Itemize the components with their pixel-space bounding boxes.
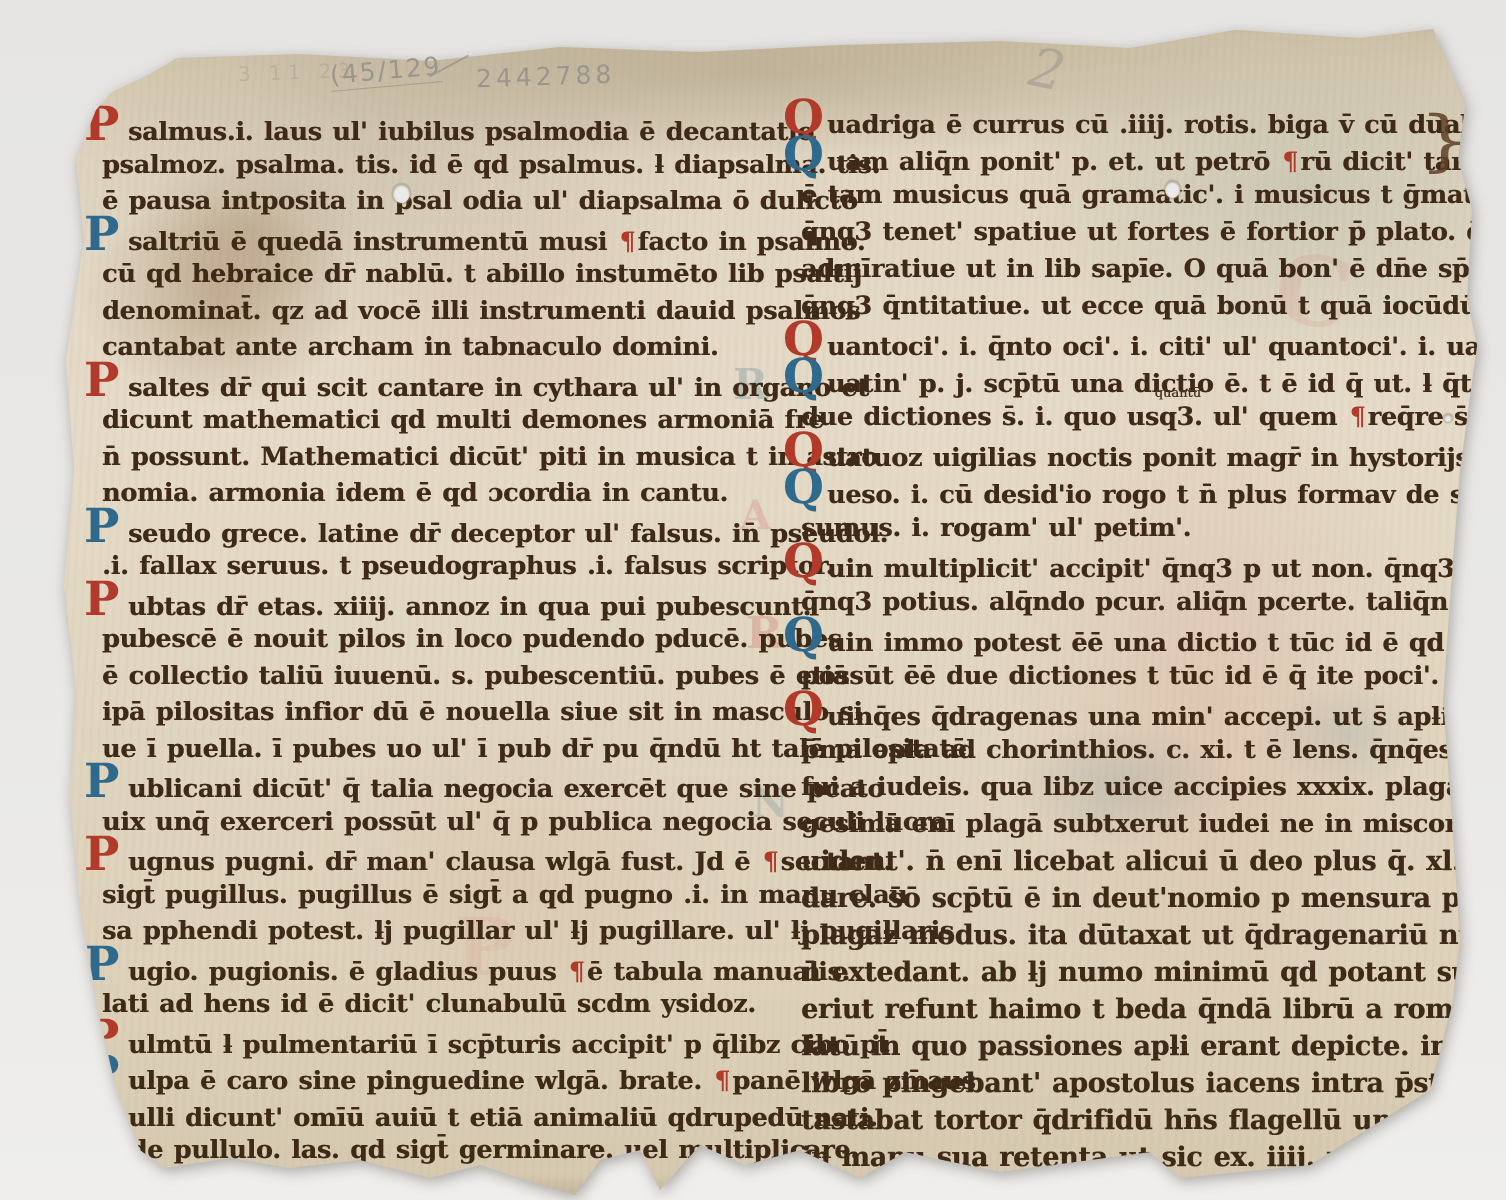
text-line: p̄ma epƚa ad chorinthios. c. xi. t ē len… — [801, 732, 1481, 769]
line-text: ugio. pugionis. ē gladius puus — [128, 957, 567, 987]
text-line: Psalmus.i. laus ul' iubilus psalmodia ē … — [102, 110, 767, 147]
text-line: Publicani dicūt' q̄ talia negocia exercē… — [102, 767, 767, 804]
line-text: ē tam musicus quā gramatic'. i musicus t… — [801, 180, 1506, 210]
line-text: admīratiue ut in lib sapīe. O quā bon' ē… — [801, 254, 1506, 284]
text-line: uident'. n̄ enī licebat alicui ū deo plu… — [801, 843, 1481, 880]
line-text: uinq̄es q̄dragenas una min' accepi. ut s… — [827, 702, 1497, 732]
illuminated-initial: Q — [783, 140, 827, 170]
line-text: uin multiplicit' accipit' q̄nq3 p ut non… — [827, 554, 1506, 584]
line-text: denominat̄. qz ad vocē illi instrumenti … — [102, 296, 860, 326]
text-line: sa pphendi potest. ƚj pugillar ul' ƚj pu… — [102, 913, 767, 950]
line-text: ublicani dicūt' q̄ talia negocia exercēt… — [128, 774, 884, 804]
line-text: saltriū ē quedā instrumentū musi — [128, 227, 618, 257]
text-line: ipā pilositas infior dū ē nouella siue s… — [102, 694, 767, 731]
text-line: sigt̄ pugillus. pugillus ē sigt̄ a qd pu… — [102, 877, 767, 914]
text-line: possūt ēē due dictiones t tūc id ē q̄ it… — [801, 658, 1481, 695]
text-line: Pubtas dr̄ etas. xiiij. annoz in qua pui… — [102, 585, 767, 622]
line-text: sumus. i. rogam' ul' petim'. — [801, 513, 1191, 543]
text-line: gesimā enī plagā subtxerut iudei ne in m… — [801, 806, 1481, 843]
line-text: eriut refunt haimo t beda q̄ndā librū a … — [801, 994, 1506, 1025]
illuminated-initial: P — [84, 512, 128, 542]
line-text: possūt ēē due dictiones t tūc id ē q̄ it… — [801, 661, 1506, 691]
text-line: cantabat ante archam in tabnaculo domini… — [102, 329, 767, 366]
line-text: dare. s̄ō scp̄tū ē in deut'nomio p mensu… — [801, 883, 1506, 914]
text-line: psalmoz. psalma. tis. id ē qd psalmus. ƚ… — [102, 147, 767, 184]
line-text: sigt̄ pugillus. pugillus ē sigt̄ a qd pu… — [102, 880, 907, 910]
interlinear-gloss: quantū — [1155, 387, 1201, 400]
right-text-column: Quadriga ē currus cū .iiij. rotis. biga … — [801, 103, 1481, 1176]
line-text: seudo grece. latine dr̄ deceptor ul' fal… — [128, 519, 888, 549]
line-text: p̄ma epƚa ad chorinthios. c. xi. t ē len… — [801, 735, 1506, 765]
text-line: Pseudo grece. latine dr̄ deceptor ul' fa… — [102, 512, 767, 549]
text-line: n̄ extedant. ab ƚj numo minimū qd potant… — [801, 954, 1481, 991]
text-line: inde pullulo. las. qd sigt̄ germinare. u… — [102, 1132, 767, 1169]
parchment-leaf: R A R N C P Psalmus.i. laus ul' iubilus … — [0, 0, 1506, 1200]
paraph-mark: ¶ — [763, 847, 779, 877]
illuminated-initial: P — [84, 767, 128, 797]
line-text: q̄nq3 tenet' spatiue ut fortes ē fortior… — [801, 217, 1506, 247]
illuminated-initial: Q — [783, 621, 827, 651]
line-text: ē pausa intposita in psal odia ul' diaps… — [102, 186, 858, 216]
text-line: tastabat tortor q̄drifidū hn̄s flagellū … — [801, 1102, 1481, 1139]
line-text: psalmoz. psalma. tis. id ē qd psalmus. ƚ… — [102, 150, 880, 180]
text-line: ē tam musicus quā gramatic'. i musicus t… — [801, 177, 1481, 214]
text-line: Psaltriū ē quedā instrumentū musi ¶facto… — [102, 220, 767, 257]
illuminated-initial: Q — [783, 695, 827, 725]
line-text: ē collectio taliū iuuenū. s. pubescentiū… — [102, 661, 849, 691]
line-text: uin immo potest ēē una dictio t tūc id ē… — [827, 628, 1506, 658]
text-line: Quadriga ē currus cū .iiij. rotis. biga … — [801, 103, 1481, 140]
text-line: Quatuoz uigilias noctis ponit magr̄ in h… — [801, 436, 1481, 473]
text-line: nomia. armonia idem ē qd ɔcordia in cant… — [102, 475, 767, 512]
line-text: q̄nq3 q̄ntitatiue. ut ecce quā bonū t qu… — [801, 291, 1506, 321]
line-text: .i. fallax seruus. t pseudographus .i. f… — [102, 551, 834, 581]
text-line: Quantoci'. i. q̄nto oci'. i. citi' ul' q… — [801, 325, 1481, 362]
illuminated-initial: P — [84, 585, 128, 615]
line-text: ugnus pugni. dr̄ man' clausa wlgā fust. … — [128, 847, 761, 877]
text-line: Quin immo potest ēē una dictio t tūc id … — [801, 621, 1481, 658]
line-text: cū qd hebraice dr̄ nablū. t abillo instu… — [102, 259, 862, 289]
text-line: uix unq̄ exerceri possūt ul' q̄ p public… — [102, 804, 767, 841]
line-text: n̄ possunt. Mathematici dicūt' piti in m… — [102, 442, 878, 472]
line-text: uatuoz uigilias noctis ponit magr̄ in hy… — [827, 443, 1506, 473]
margin-brace: } — [1419, 102, 1472, 179]
illuminated-initial: P — [84, 366, 128, 396]
text-line: Pugnus pugni. dr̄ man' clausa wlgā fust.… — [102, 840, 767, 877]
illuminated-initial: Q — [783, 473, 827, 503]
parchment-leaf-shadow: R A R N C P Psalmus.i. laus ul' iubilus … — [0, 0, 1506, 1200]
text-line: Pulmtū ƚ pulmentariū ī scp̄turis accipit… — [102, 1023, 767, 1060]
text-line: latū in quo passiones apƚi erant depicte… — [801, 1028, 1481, 1065]
text-line: Quin multiplicit' accipit' q̄nq3 p ut no… — [801, 547, 1481, 584]
text-line: due dictiones s̄. i. quo usq3. ul' quem … — [801, 399, 1481, 436]
paraph-mark: ¶ — [569, 957, 585, 987]
pencil-annotation-number: 2442788 — [476, 60, 616, 94]
line-text: req̄re s̄. ū expō galliāƚ — [1368, 402, 1506, 432]
line-text: plagaz modus. ita dūtaxat ut q̄dragenari… — [801, 920, 1506, 951]
text-line: fui a iudeis. qua libz uice accipies xxx… — [801, 769, 1481, 806]
line-text: libro pingebant' apostolus iacens intra … — [801, 1068, 1503, 1099]
line-text: cantabat ante archam in tabnaculo domini… — [102, 332, 719, 362]
text-line: Pugio. pugionis. ē gladius puus ¶ē tabul… — [102, 950, 767, 987]
line-text: tastabat tortor q̄drifidū hn̄s flagellū … — [801, 1105, 1506, 1136]
illuminated-initial: P — [84, 110, 128, 140]
parchment-hole — [393, 184, 410, 203]
line-text: n̄ extedant. ab ƚj numo minimū qd potant… — [801, 957, 1506, 988]
text-line: admīratiue ut in lib sapīe. O quā bon' ē… — [801, 251, 1481, 288]
line-text: rū dicit' tarrv ca — [1300, 147, 1506, 177]
text-line: Quinq̄es q̄dragenas una min' accepi. ut … — [801, 695, 1481, 732]
line-text: q̄nq3 potius. alq̄ndo pcur. aliq̄n pcert… — [801, 587, 1506, 617]
line-text: uident'. n̄ enī licebat alicui ū deo plu… — [801, 846, 1506, 877]
text-line: libro pingebant' apostolus iacens intra … — [801, 1065, 1481, 1102]
illuminated-initial: P — [84, 220, 128, 250]
text-line: plagaz modus. ita dūtaxat ut q̄dragenari… — [801, 917, 1481, 954]
text-line: denominat̄. qz ad vocē illi instrumenti … — [102, 293, 767, 330]
illuminated-initial: P — [84, 840, 128, 870]
illuminated-initial: P — [84, 1059, 128, 1089]
illuminated-initial: P — [84, 1023, 128, 1053]
line-text: ulpa ē caro sine pinguedine wlgā. brate. — [128, 1066, 712, 1096]
paraph-mark: ¶ — [714, 1066, 730, 1096]
text-line: pubescē ē nouit pilos in loco pudendo pd… — [102, 621, 767, 658]
line-text: gesimā enī plagā subtxerut iudei ne in m… — [801, 809, 1505, 839]
text-line: n̄ possunt. Mathematici dicūt' piti in m… — [102, 439, 767, 476]
text-line: Queso. i. cū desid'io rogo t n̄ plus for… — [801, 473, 1481, 510]
text-line: eriut refunt haimo t beda q̄ndā librū a … — [801, 991, 1481, 1028]
line-text: salmus.i. laus ul' iubilus psalmodia ē d… — [128, 117, 814, 147]
text-line: Pulli dicunt' omīū auiū t etiā animaliū … — [102, 1096, 767, 1133]
text-line: Quatin' p. j. scp̄tū una dictio ē. t ē i… — [801, 362, 1481, 399]
line-text: ueso. i. cū desid'io rogo t n̄ plus form… — [827, 480, 1506, 510]
line-text: ubtas dr̄ etas. xiiij. annoz in qua pui … — [128, 592, 811, 622]
photo-of-manuscript-leaf: R A R N C P Psalmus.i. laus ul' iubilus … — [0, 0, 1506, 1200]
text-line: lati ad hens id ē dicit' clunabulū scdm … — [102, 986, 767, 1023]
line-text: in manu sua retenta ut sic ex. iiij. nou… — [801, 1142, 1467, 1173]
line-text: saltes dr̄ qui scit cantare in cythara u… — [128, 373, 869, 403]
text-line: cū qd hebraice dr̄ nablū. t abillo instu… — [102, 256, 767, 293]
text-line: q̄nq3 potius. alq̄ndo pcur. aliq̄n pcert… — [801, 584, 1481, 621]
line-text: uantoci'. i. q̄nto oci'. i. citi' ul' qu… — [827, 332, 1506, 362]
paraph-mark: ¶ — [1282, 147, 1298, 177]
paraph-mark: ¶ — [620, 227, 636, 257]
text-line: dare. s̄ō scp̄tū ē in deut'nomio p mensu… — [801, 880, 1481, 917]
illuminated-initial: Q — [783, 547, 827, 577]
text-line: ē pausa intposita in psal odia ul' diaps… — [102, 183, 767, 220]
line-text: ulli dicunt' omīū auiū t etiā animaliū q… — [128, 1103, 878, 1133]
text-line: ue ī puella. ī pubes uo ul' ī pub dr̄ pu… — [102, 731, 767, 768]
illuminated-initial: Q — [783, 362, 827, 392]
line-text: pubescē ē nouit pilos in loco pudendo pd… — [102, 624, 842, 654]
text-line: dicunt mathematici qd multi demones armo… — [102, 402, 767, 439]
line-text: nomia. armonia idem ē qd ɔcordia in cant… — [102, 478, 728, 508]
line-text: ulmtū ƚ pulmentariū ī scp̄turis accipit'… — [128, 1030, 889, 1060]
line-text: dicunt mathematici qd multi demones armo… — [102, 405, 824, 435]
illuminated-initial: P — [84, 950, 128, 980]
illuminated-initial: P — [84, 1096, 128, 1126]
line-text: ipā pilositas infior dū ē nouella siue s… — [102, 697, 863, 727]
line-text: lati ad hens id ē dicit' clunabulū scdm … — [102, 989, 756, 1019]
text-line: q̄nq3 q̄ntitatiue. ut ecce quā bonū t qu… — [801, 288, 1481, 325]
paraph-mark: ¶ — [1350, 402, 1366, 432]
text-line: sumus. i. rogam' ul' petim'. — [801, 510, 1481, 547]
parchment-hole — [1444, 414, 1452, 422]
text-line: Quam aliq̄n ponit' p. et. ut petrō ¶rū d… — [801, 140, 1481, 177]
line-text: due dictiones s̄. i. quo usq3. ul' quem — [801, 402, 1348, 432]
line-text: uadriga ē currus cū .iiij. rotis. biga v… — [827, 110, 1506, 140]
text-line: ē collectio taliū iuuenū. s. pubescentiū… — [102, 658, 767, 695]
line-text: inde pullulo. las. qd sigt̄ germinare. u… — [102, 1135, 859, 1165]
text-line: Pulpa ē caro sine pinguedine wlgā. brate… — [102, 1059, 767, 1096]
parchment-hole — [1165, 181, 1180, 198]
left-text-column: Psalmus.i. laus ul' iubilus psalmodia ē … — [102, 110, 767, 1169]
text-line: q̄nq3 tenet' spatiue ut fortes ē fortior… — [801, 214, 1481, 251]
line-text: latū in quo passiones apƚi erant depicte… — [801, 1031, 1506, 1062]
text-line: in manu sua retenta ut sic ex. iiij. nou… — [801, 1139, 1481, 1176]
line-text: uam aliq̄n ponit' p. et. ut petrō — [827, 147, 1280, 177]
text-line: Psaltes dr̄ qui scit cantare in cythara … — [102, 366, 767, 403]
line-text: fui a iudeis. qua libz uice accipies xxx… — [801, 772, 1506, 802]
text-line: .i. fallax seruus. t pseudographus .i. f… — [102, 548, 767, 585]
